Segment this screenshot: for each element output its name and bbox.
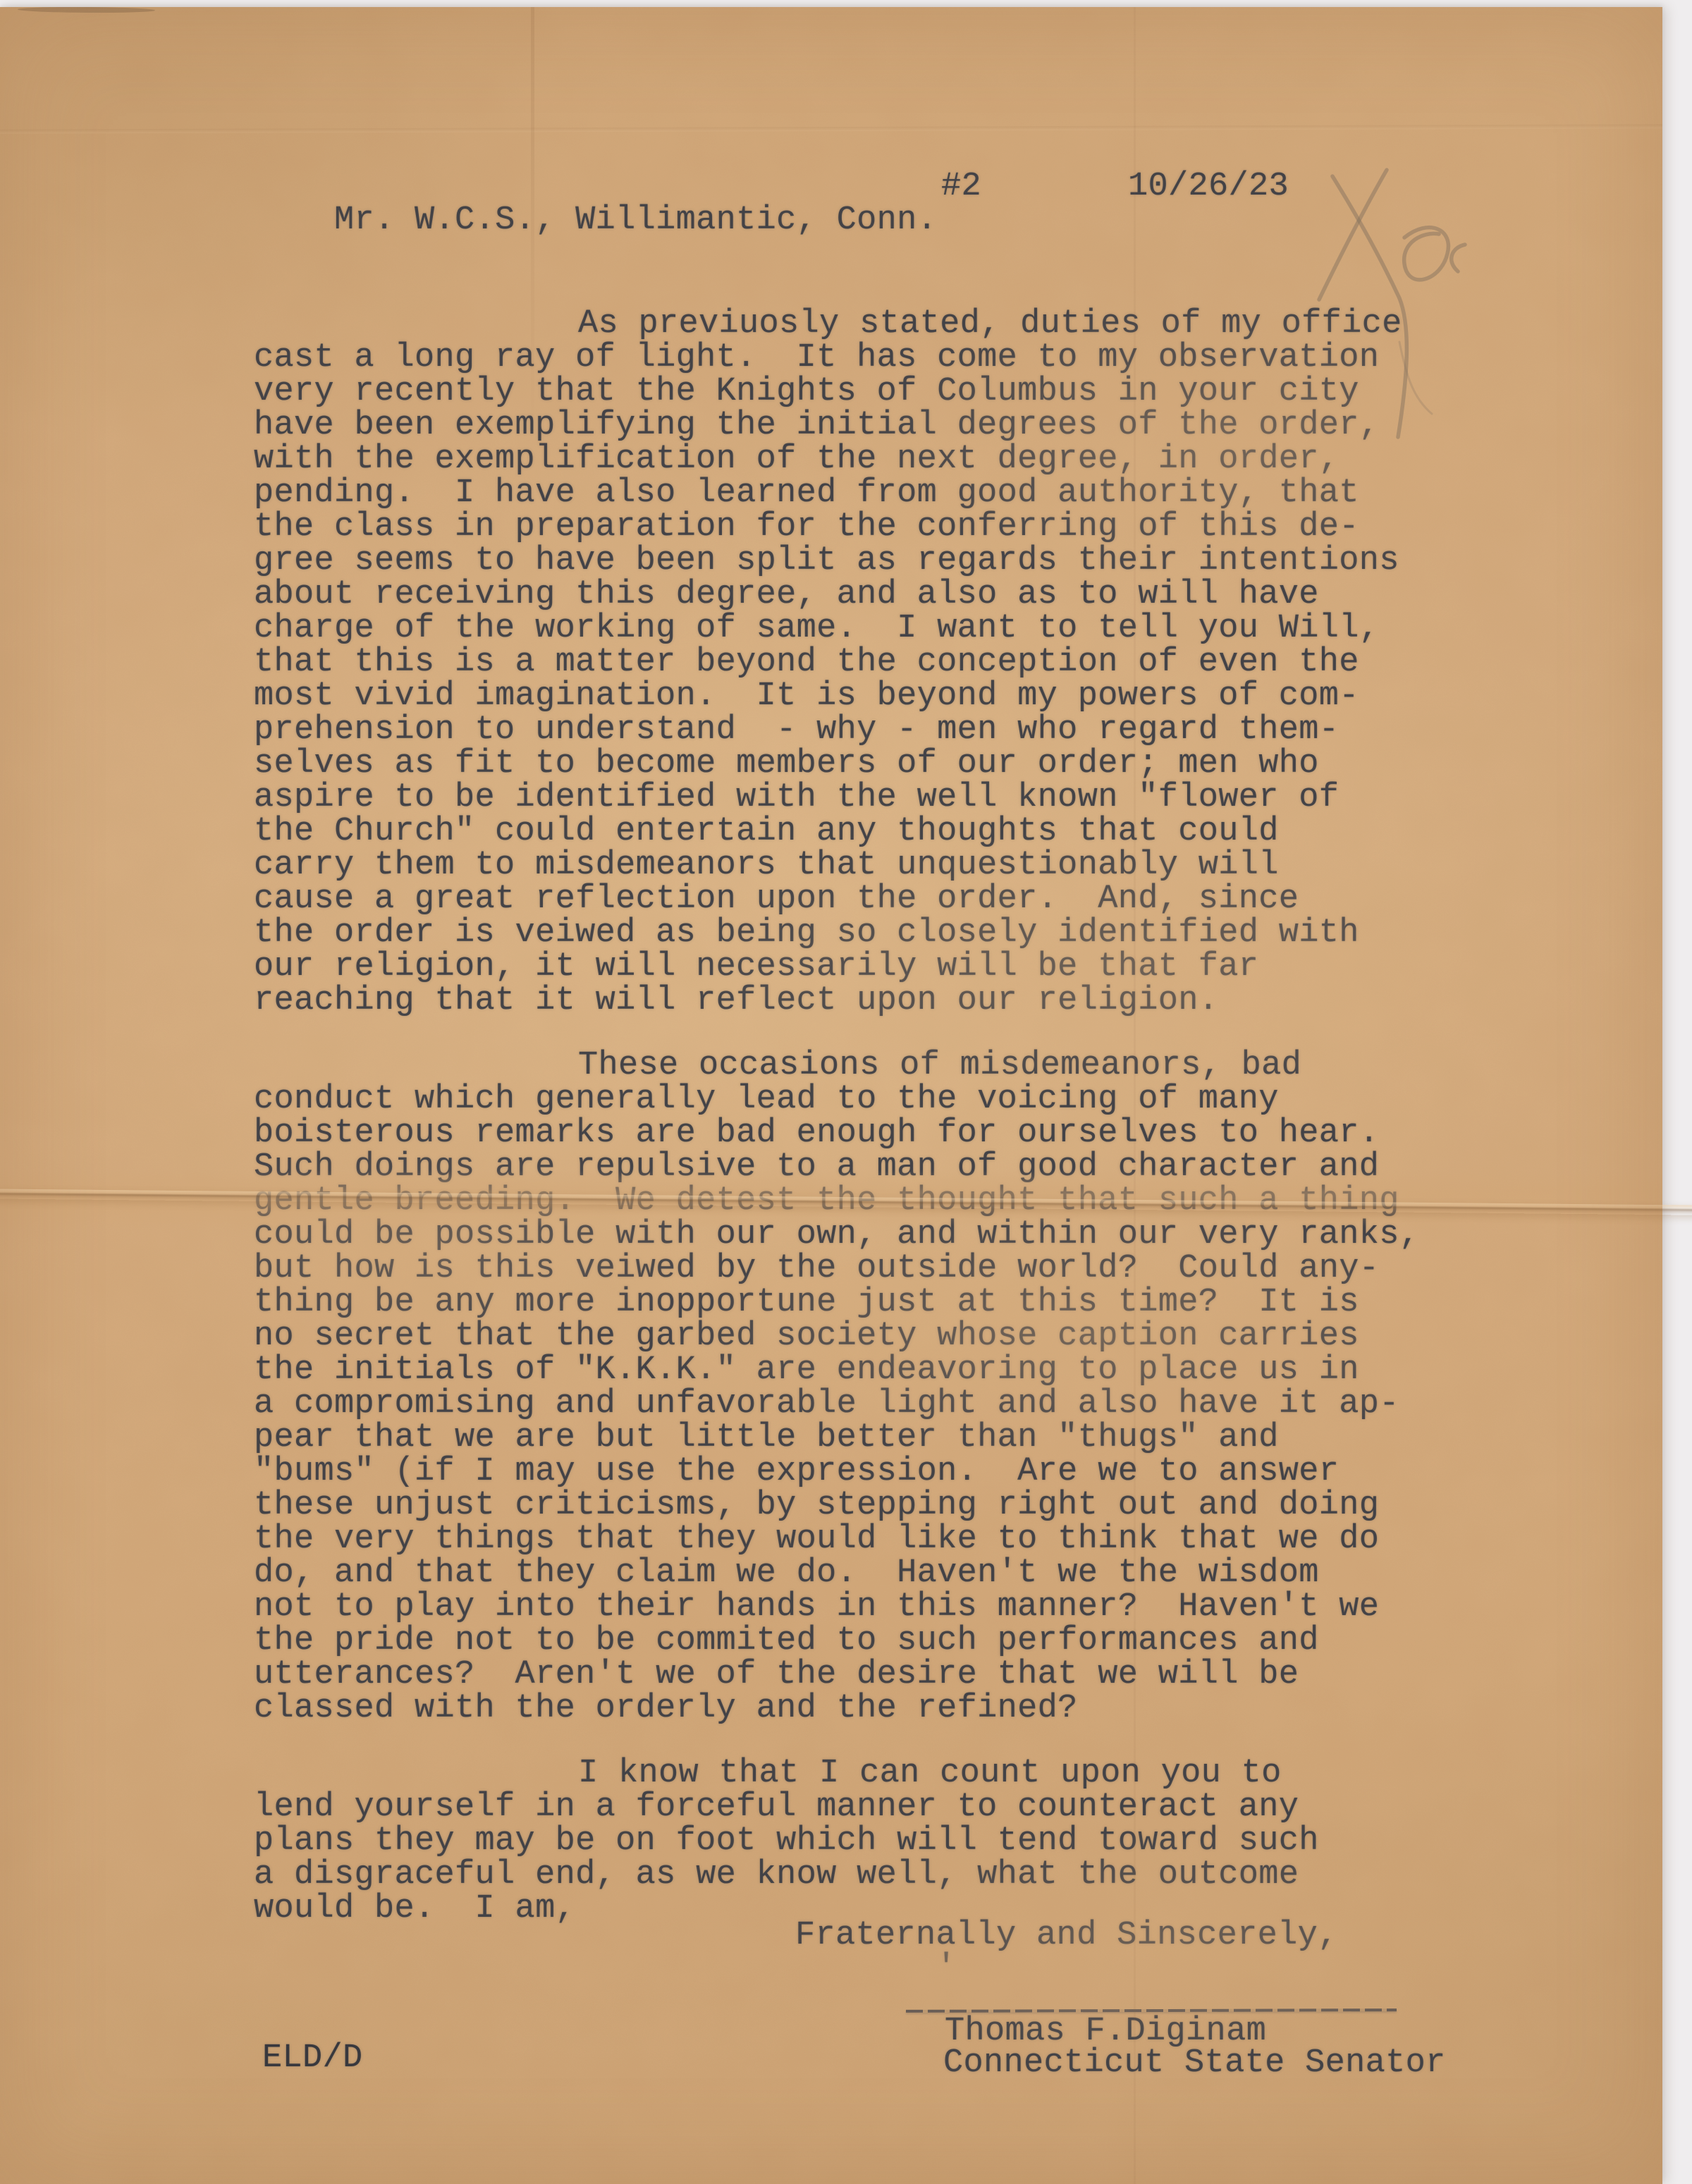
recipient-address: Mr. W.C.S., Willimantic, Conn. (334, 202, 937, 239)
signature-title: Connecticut State Senator (943, 2047, 1446, 2080)
typed-line: our religion, it will necessarily will b… (254, 950, 1445, 984)
typed-line: about receiving this degree, and also as… (254, 578, 1445, 612)
typed-line: these unjust criticisms, by stepping rig… (254, 1489, 1445, 1523)
paragraph: These occasions of misdemeanors, badcond… (254, 1049, 1445, 1726)
typed-line: thing be any more inopportune just at th… (254, 1286, 1445, 1320)
typed-line: the Church" could entertain any thoughts… (254, 815, 1445, 849)
typed-line: most vivid imagination. It is beyond my … (254, 680, 1445, 713)
typed-line: gree seems to have been split as regards… (254, 544, 1445, 578)
typed-line: the order is veiwed as being so closely … (254, 916, 1445, 950)
paragraph: I know that I can count upon you tolend … (254, 1757, 1445, 1926)
typed-line: that this is a matter beyond the concept… (254, 646, 1445, 680)
typed-line: carry them to misdemeanors that unquesti… (254, 849, 1445, 883)
typed-line: do, and that they claim we do. Haven't w… (254, 1557, 1445, 1590)
scan-background: { "document_type": "typewritten letter (… (0, 0, 1692, 2184)
typed-line: plans they may be on foot which will ten… (254, 1824, 1445, 1858)
complimentary-closing: Fraternally and Sinscerely, (795, 1919, 1338, 1953)
letter-date: 10/26/23 (1128, 170, 1289, 204)
paragraph: As previuosly stated, duties of my offic… (254, 307, 1445, 1018)
typed-line: utterances? Aren't we of the desire that… (254, 1658, 1445, 1692)
typed-line: conduct which generally lead to the voic… (254, 1083, 1445, 1117)
typed-line: the very things that they would like to … (254, 1523, 1445, 1557)
typed-line: the pride not to be commited to such per… (254, 1624, 1445, 1658)
typed-line: very recently that the Knights of Columb… (254, 375, 1445, 409)
typed-line: not to play into their hands in this man… (254, 1590, 1445, 1624)
typed-line: selves as fit to become members of our o… (254, 747, 1445, 781)
letter-page: Mr. W.C.S., Willimantic, Conn. #2 10/26/… (0, 7, 1662, 2184)
typed-line: the initials of "K.K.K." are endeavoring… (254, 1354, 1445, 1387)
typed-line: but how is this veiwed by the outside wo… (254, 1252, 1445, 1286)
typed-line: could be possible with our own, and with… (254, 1218, 1445, 1252)
letter-body: As previuosly stated, duties of my offic… (254, 307, 1445, 1926)
typed-line: "bums" (if I may use the expression. Are… (254, 1455, 1445, 1489)
page-number: #2 (941, 170, 981, 204)
typed-line: lend yourself in a forceful manner to co… (254, 1791, 1445, 1824)
signature-name: Thomas F.Diginam (945, 2015, 1266, 2049)
typed-line: prehension to understand - why - men who… (254, 713, 1445, 747)
typed-line: pending. I have also learned from good a… (254, 477, 1445, 510)
reference-initials: ELD/D (262, 2042, 363, 2075)
typed-line: cause a great reflection upon the order.… (254, 883, 1445, 916)
typed-line: boisterous remarks are bad enough for ou… (254, 1117, 1445, 1151)
typed-line: These occasions of misdemeanors, bad (254, 1049, 1445, 1083)
typed-line: a disgraceful end, as we know well, what… (254, 1858, 1445, 1892)
typed-line: Such doings are repulsive to a man of go… (254, 1151, 1445, 1184)
typed-line: classed with the orderly and the refined… (254, 1692, 1445, 1726)
typed-line: gentle breeding. We detest the thought t… (254, 1184, 1445, 1218)
typed-line: charge of the working of same. I want to… (254, 612, 1445, 646)
typed-line: no secret that the garbed society whose … (254, 1320, 1445, 1354)
typed-line: I know that I can count upon you to (254, 1757, 1445, 1791)
typed-line: the class in preparation for the conferr… (254, 510, 1445, 544)
typed-line: As previuosly stated, duties of my offic… (254, 307, 1445, 341)
typed-line: a compromising and unfavorable light and… (254, 1387, 1445, 1421)
typed-line: have been exemplifying the initial degre… (254, 409, 1445, 443)
typed-line: aspire to be identified with the well kn… (254, 781, 1445, 815)
typed-line: cast a long ray of light. It has come to… (254, 341, 1445, 375)
stray-typed-mark: ' (936, 1951, 957, 1985)
typed-line: pear that we are but little better than … (254, 1421, 1445, 1455)
typed-line: reaching that it will reflect upon our r… (254, 984, 1445, 1018)
typed-line: with the exemplification of the next deg… (254, 443, 1445, 477)
